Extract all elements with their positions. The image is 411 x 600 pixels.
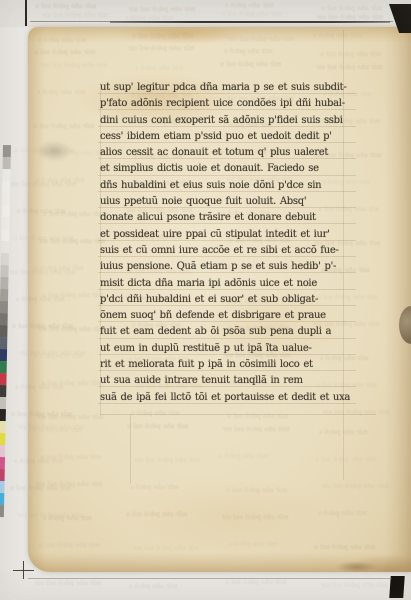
text-line: donate alicui psone trãsire et donare de… — [100, 210, 362, 226]
calibration-segment — [1, 217, 9, 229]
calibration-segment — [0, 385, 6, 397]
text-line: cess' ibidem etiam p'ssid puo et uedoit … — [100, 129, 362, 145]
color-calibration-strip — [0, 145, 11, 517]
calibration-segment — [0, 397, 6, 409]
text-line: suã de ipã fei llctõ tõi et portauisse e… — [100, 390, 362, 406]
calibration-segment — [2, 169, 10, 181]
calibration-segment — [0, 481, 5, 493]
manuscript-photo: mĩr añe pdcõ suĩ umĩr añe pdcõ suĩ uirmĩ… — [0, 0, 411, 600]
calibration-segment — [0, 421, 6, 433]
text-line: alios cessit ac donauit et totum q' plus… — [100, 145, 362, 161]
calibration-segment — [2, 181, 10, 193]
calibration-segment — [0, 349, 7, 361]
film-corner-mark-bottom-right — [389, 576, 405, 598]
text-line: iuius pensione. Quã etiam p se et suis h… — [100, 259, 362, 275]
text-line: ut sup' legitur pdca dña maria p se et s… — [100, 80, 362, 96]
text-line: fuit et eam dedent ab õi psõa sub pena d… — [100, 324, 362, 340]
registration-crosshair — [13, 570, 34, 571]
text-line: dñs hubaldini et eius suis noie dõni p'd… — [100, 178, 362, 194]
calibration-segment — [0, 409, 6, 421]
calibration-segment — [0, 313, 8, 325]
text-line: rit et meliorata fuit p ipã in cõsimili … — [100, 357, 362, 373]
calibration-segment — [0, 469, 5, 481]
calibration-segment — [0, 361, 7, 373]
calibration-segment — [0, 337, 7, 349]
calibration-segment — [1, 253, 9, 265]
text-block: ut sup' legitur pdca dña maria p se et s… — [100, 80, 362, 406]
text-line: misit dicta dña maria ipi adõnis uice et… — [100, 276, 362, 292]
text-line: dini cuius coni exoperit sã adõnis p'fid… — [100, 113, 362, 129]
film-edge-line — [25, 0, 27, 26]
calibration-segment — [0, 433, 5, 445]
text-line: p'dci dñi hubaldini et ei suor' et sub o… — [100, 292, 362, 308]
text-line: ut eum in duplũ restituẽ p ut ipã ĩta ua… — [100, 341, 362, 357]
calibration-segment — [2, 205, 10, 217]
calibration-segment — [0, 505, 4, 517]
text-line: uius ppetuũ noie quoque fuit uoluit. Abs… — [100, 194, 362, 210]
text-line: et simplius dictis uoie et donauit. Faci… — [100, 161, 362, 177]
calibration-segment — [0, 373, 7, 385]
calibration-segment — [0, 265, 8, 277]
text-line: p'fato adõnis recipient uice condões ipi… — [100, 96, 362, 112]
calibration-segment — [1, 241, 9, 253]
text-line: et possideat uire ppai cũ stipulat inted… — [100, 227, 362, 243]
calibration-segment — [0, 277, 8, 289]
calibration-segment — [1, 229, 9, 241]
pencil-smudge — [36, 140, 72, 162]
calibration-segment — [0, 289, 8, 301]
calibration-segment — [3, 145, 11, 157]
calibration-segment — [0, 457, 5, 469]
backing-rule-line — [28, 578, 392, 579]
text-line: suis et cũ omni iure accõe et re sibi et… — [100, 243, 362, 259]
page-edge-dark-line — [110, 21, 390, 23]
calibration-segment — [3, 157, 11, 169]
calibration-segment — [0, 445, 5, 457]
calibration-segment — [0, 325, 8, 337]
calibration-segment — [0, 493, 4, 505]
text-line: õnem suoq' bñ defende et disbrigare et p… — [100, 308, 362, 324]
calibration-segment — [0, 301, 8, 313]
text-line: ut sua auide intrare tenuit tanqllã in r… — [100, 373, 362, 389]
backing-sheet-bottom — [0, 572, 411, 600]
calibration-segment — [2, 193, 10, 205]
